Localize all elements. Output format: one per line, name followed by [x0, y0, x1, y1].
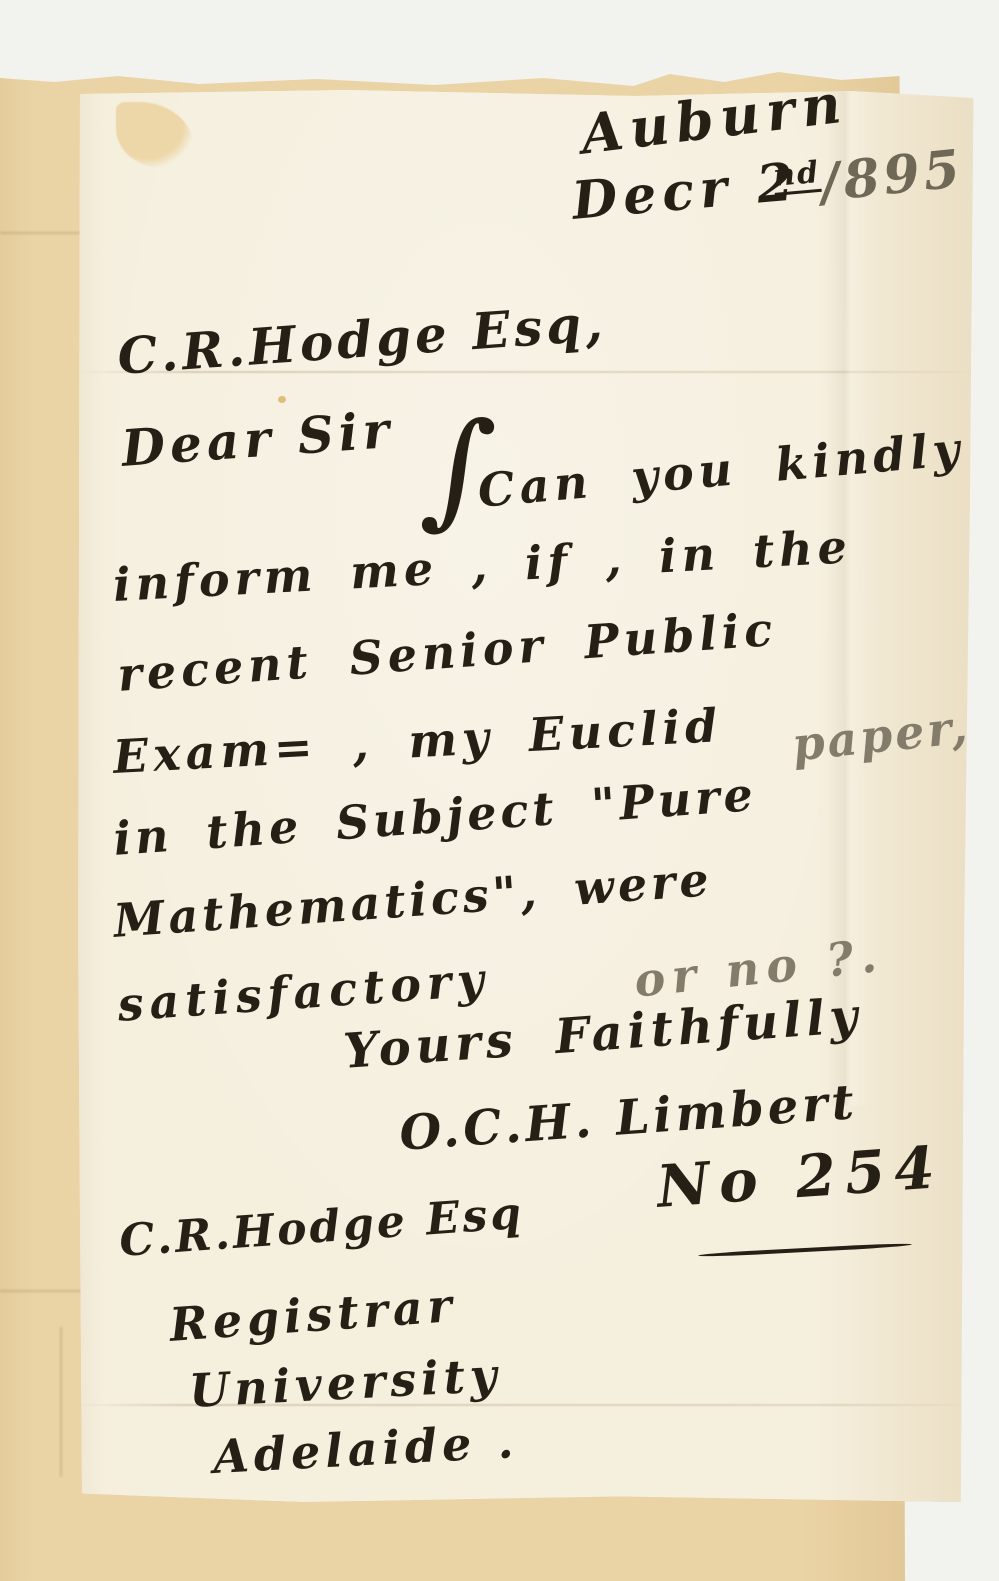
paper-speck: [278, 396, 286, 403]
album-crease: [0, 1290, 84, 1292]
album-crease: [0, 232, 86, 234]
paper-stain: [116, 102, 194, 168]
album-crease: [60, 1327, 62, 1477]
dateline-year: /895: [818, 143, 966, 210]
letter-scan: Auburn Decr 2 nd /895 C.R.Hodge Esq, Dea…: [0, 0, 999, 1581]
dateline-suffix: nd: [772, 158, 822, 196]
